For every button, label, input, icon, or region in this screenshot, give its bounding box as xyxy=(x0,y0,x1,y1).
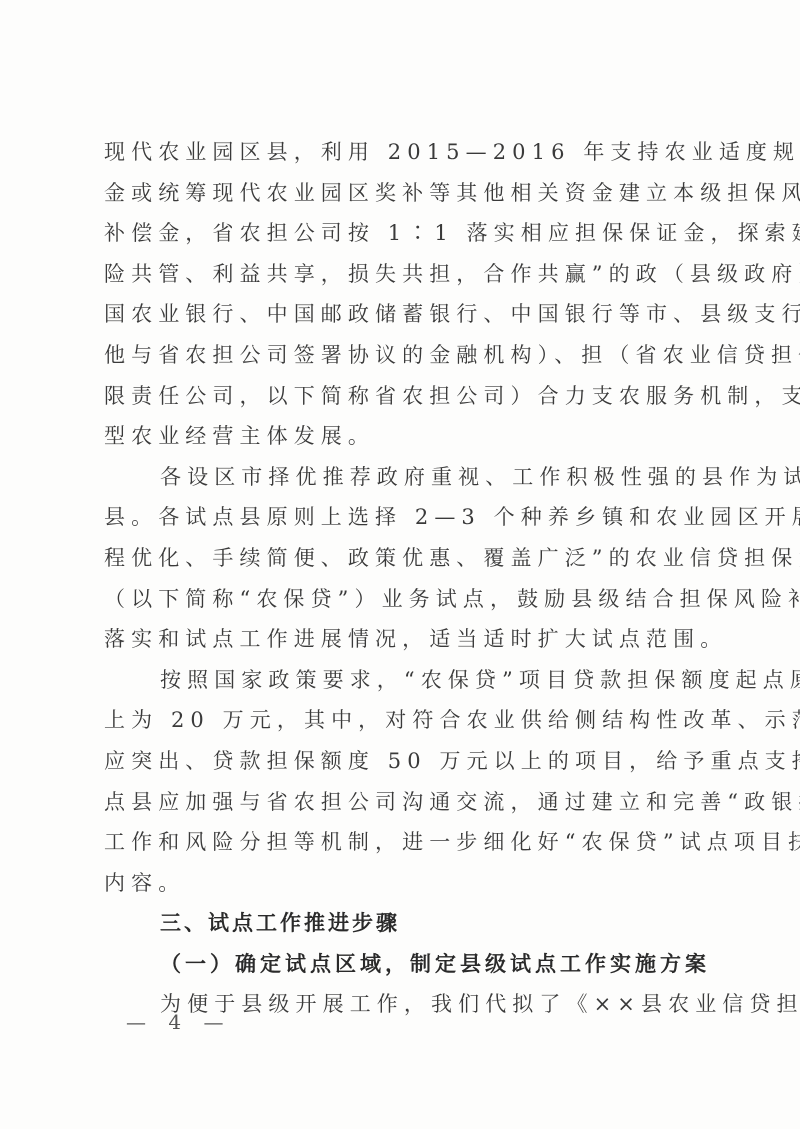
paragraph-line: 工作和风险分担等机制，进一步细化好“农保贷”试点项目扶持 xyxy=(104,822,694,863)
paragraph-line: 应突出、贷款担保额度 50 万元以上的项目，给予重点支持。试 xyxy=(104,741,694,782)
paragraph-line: 补偿金，省农担公司按 1∶1 落实相应担保保证金，探索建立“风 xyxy=(104,213,694,254)
paragraph-line: 点县应加强与省农担公司沟通交流，通过建立和完善“政银担” xyxy=(104,782,694,823)
paragraph-line: 金或统筹现代农业园区奖补等其他相关资金建立本级担保风险 xyxy=(104,173,694,214)
page-number: — 4 — xyxy=(126,1010,231,1034)
section-heading: 三、试点工作推进步骤 xyxy=(104,903,694,944)
paragraph-line: 按照国家政策要求，“农保贷”项目贷款担保额度起点原则 xyxy=(104,660,694,701)
subsection-heading: （一）确定试点区域，制定县级试点工作实施方案 xyxy=(104,944,694,985)
paragraph-line: 落实和试点工作进展情况，适当适时扩大试点范围。 xyxy=(104,619,694,660)
paragraph-line: 险共管、利益共享，损失共担，合作共赢”的政（县级政府）、银（中 xyxy=(104,254,694,295)
paragraph-line: 县。各试点县原则上选择 2—3 个种养乡镇和农业园区开展“流 xyxy=(104,497,694,538)
document-body: 现代农业园区县，利用 2015—2016 年支持农业适度规模经营资 金或统筹现代… xyxy=(104,132,694,1025)
paragraph-line: 程优化、手续简便、政策优惠、覆盖广泛”的农业信贷担保贷款 xyxy=(104,538,694,579)
paragraph-line: 各设区市择优推荐政府重视、工作积极性强的县作为试点 xyxy=(104,457,694,498)
paragraph-line: 现代农业园区县，利用 2015—2016 年支持农业适度规模经营资 xyxy=(104,132,694,173)
paragraph-line: 型农业经营主体发展。 xyxy=(104,416,694,457)
paragraph-line: 他与省农担公司签署协议的金融机构）、担（省农业信贷担保有 xyxy=(104,335,694,376)
paragraph-line: 国农业银行、中国邮政储蓄银行、中国银行等市、县级支行或其 xyxy=(104,294,694,335)
paragraph-line: 限责任公司，以下简称省农担公司）合力支农服务机制，支持新 xyxy=(104,376,694,417)
paragraph-line: 上为 20 万元，其中，对符合农业供给侧结构性改革、示范引领效 xyxy=(104,700,694,741)
paragraph-line: （以下简称“农保贷”）业务试点，鼓励县级结合担保风险补偿金 xyxy=(104,579,694,620)
paragraph-line: 内容。 xyxy=(104,863,694,904)
